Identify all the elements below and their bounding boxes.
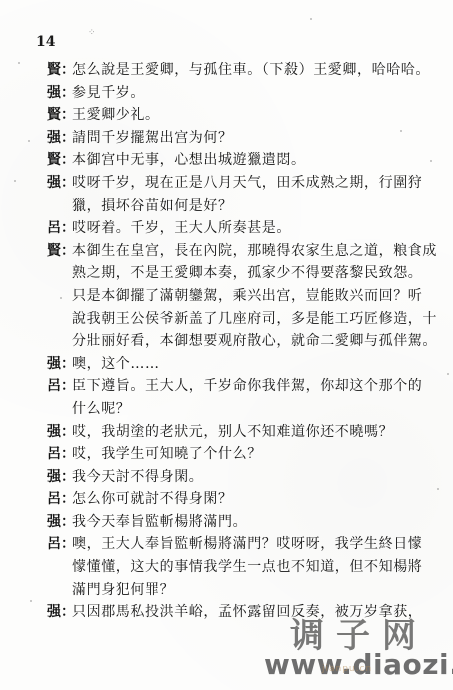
speech-text: 怎么你可就討不得身閑？ bbox=[72, 488, 437, 511]
speech-text: 請問千岁擺駕出宫为何？ bbox=[72, 127, 437, 150]
dialogue-line: 强： 参見千岁。 bbox=[47, 82, 437, 105]
speech-line: 本御生在皇宫，長在內院，那曉得农家生息之道，粮食成 bbox=[72, 240, 437, 263]
speech-text: 我今天討不得身閑。 bbox=[72, 466, 437, 489]
scan-speck bbox=[310, 18, 312, 20]
dialogue-line: 呂： 噢，王大人奉旨監斬楊將滿門？哎呀呀，我学生終日懞 懞懂懂，这大的事情我学生… bbox=[47, 533, 437, 601]
speech-line: 噢，王大人奉旨監斬楊將滿門？哎呀呀，我学生終日懞 bbox=[72, 533, 437, 556]
dialogue-line: 呂： 臣下遵旨。王大人，千岁命你我伴駕，你却这个那个的 什么呢？ bbox=[47, 375, 437, 420]
scan-speck bbox=[437, 488, 439, 490]
page-number: 14 bbox=[36, 34, 55, 50]
speaker-label: 强： bbox=[47, 353, 72, 376]
speech-line: 說我朝王公侯爷新盖了几座府司，多是能工巧匠修造，十 bbox=[72, 308, 437, 331]
scan-speck bbox=[447, 373, 449, 375]
speech-text: 哎呀千岁，現在正是八月天气，田禾成熟之期，行圍狩 獵，損坏谷苗如何是好？ bbox=[72, 172, 437, 217]
speech-text: 我今天奉旨監斬楊將滿門。 bbox=[72, 511, 437, 534]
speech-line: 熟之期，不是王愛卿本奏，孤家少不得要落黎民致怨。 bbox=[72, 262, 437, 285]
speaker-label: 賢： bbox=[47, 240, 72, 263]
dialogue-line: 賢： 怎么說是王愛卿，与孤住車。（下殺）王愛卿，哈哈哈。 bbox=[47, 59, 437, 82]
dialogue-line: 呂： 哎呀着。千岁，王大人所奏甚是。 bbox=[47, 217, 437, 240]
speech-line: 怎么說是王愛卿，与孤住車。（下殺）王愛卿，哈哈哈。 bbox=[72, 59, 437, 82]
speaker-label: 呂： bbox=[47, 533, 72, 556]
watermark-faint-text: jianpu.cn bbox=[322, 664, 372, 674]
dialogue-line: 强： 我今天奉旨監斬楊將滿門。 bbox=[47, 511, 437, 534]
speaker-label: 呂： bbox=[47, 217, 72, 240]
speech-line: 噢，这个…… bbox=[72, 353, 437, 376]
speech-line: 我今天奉旨監斬楊將滿門。 bbox=[72, 511, 437, 534]
speech-text: 臣下遵旨。王大人，千岁命你我伴駕，你却这个那个的 什么呢？ bbox=[72, 375, 437, 420]
speaker-label: 强： bbox=[47, 466, 72, 489]
scan-speck bbox=[400, 130, 402, 132]
dialogue-line: 强： 哎，我胡塗的老狀元，别人不知难道你还不曉嗎？ bbox=[47, 421, 437, 444]
speech-line: 参見千岁。 bbox=[72, 82, 437, 105]
dialogue-line: 强： 我今天討不得身閑。 bbox=[47, 466, 437, 489]
speech-text: 本御宫中无事，心想出城遊獵遣悶。 bbox=[72, 149, 437, 172]
speaker-label: 强： bbox=[47, 127, 72, 150]
watermark-url: www.diaozi.com bbox=[264, 648, 453, 681]
speech-line: 獵，損坏谷苗如何是好？ bbox=[72, 195, 437, 218]
dialogue-line: 强： 哎呀千岁，現在正是八月天气，田禾成熟之期，行圍狩 獵，損坏谷苗如何是好？ bbox=[47, 172, 437, 217]
scan-speck bbox=[430, 160, 432, 162]
speech-line: 本御宫中无事，心想出城遊獵遣悶。 bbox=[72, 149, 437, 172]
speech-text: 哎，我学生可知曉了个什么？ bbox=[72, 443, 437, 466]
speech-text: 怎么說是王愛卿，与孤住車。（下殺）王愛卿，哈哈哈。 bbox=[72, 59, 437, 82]
speech-line: 王愛卿少礼。 bbox=[72, 104, 437, 127]
speech-line: 哎，我学生可知曉了个什么？ bbox=[72, 443, 437, 466]
dialogue-line: 强： 請問千岁擺駕出宫为何？ bbox=[47, 127, 437, 150]
speech-text: 哎，我胡塗的老狀元，别人不知难道你还不曉嗎？ bbox=[72, 421, 437, 444]
speaker-label: 賢： bbox=[47, 104, 72, 127]
scan-smudge: ⁘ bbox=[88, 28, 118, 48]
speech-text: 哎呀着。千岁，王大人所奏甚是。 bbox=[72, 217, 437, 240]
speech-line: 哎，我胡塗的老狀元，别人不知难道你还不曉嗎？ bbox=[72, 421, 437, 444]
speech-line: 懞懂懂，这大的事情我学生一点也不知道，但不知楊將 bbox=[72, 556, 437, 579]
speech-text: 王愛卿少礼。 bbox=[72, 104, 437, 127]
speaker-label: 强： bbox=[47, 511, 72, 534]
speech-line: 只因郡馬私投洪羊峪，孟怀露留回反奏，被万岁拿获， bbox=[72, 601, 437, 624]
speech-line: 臣下遵旨。王大人，千岁命你我伴駕，你却这个那个的 bbox=[72, 375, 437, 398]
dialogue-line: 賢： 本御宫中无事，心想出城遊獵遣悶。 bbox=[47, 149, 437, 172]
speech-text: 本御生在皇宫，長在內院，那曉得农家生息之道，粮食成 熟之期，不是王愛卿本奏，孤家… bbox=[72, 240, 437, 353]
scan-speck bbox=[28, 140, 30, 142]
speech-line: 哎呀千岁，現在正是八月天气，田禾成熟之期，行圍狩 bbox=[72, 172, 437, 195]
speaker-label: 呂： bbox=[47, 375, 72, 398]
scan-speck bbox=[60, 297, 62, 299]
dialogue-line: 呂： 哎，我学生可知曉了个什么？ bbox=[47, 443, 437, 466]
dialogue-line: 强： 噢，这个…… bbox=[47, 353, 437, 376]
speech-text: 噢，王大人奉旨監斬楊將滿門？哎呀呀，我学生終日懞 懞懂懂，这大的事情我学生一点也… bbox=[72, 533, 437, 601]
speaker-label: 呂： bbox=[47, 443, 72, 466]
speech-line: 哎呀着。千岁，王大人所奏甚是。 bbox=[72, 217, 437, 240]
dialogue-line: 賢： 本御生在皇宫，長在內院，那曉得农家生息之道，粮食成 熟之期，不是王愛卿本奏… bbox=[47, 240, 437, 353]
speech-line: 怎么你可就討不得身閑？ bbox=[72, 488, 437, 511]
speech-line: 只是本御擺了滿朝鑾駕，乘兴出宫，豈能敗兴而回？听 bbox=[72, 285, 437, 308]
speaker-label: 强： bbox=[47, 421, 72, 444]
speaker-label: 賢： bbox=[47, 149, 72, 172]
speaker-label: 强： bbox=[47, 82, 72, 105]
scan-speck bbox=[18, 62, 20, 64]
speech-line: 分壯丽好看，本御想要观府散心，就命二愛卿与孤伴駕。 bbox=[72, 330, 437, 353]
scan-speck bbox=[14, 180, 16, 182]
speech-line: 什么呢？ bbox=[72, 398, 437, 421]
speech-line: 請問千岁擺駕出宫为何？ bbox=[72, 127, 437, 150]
dialogue-line: 强： 只因郡馬私投洪羊峪，孟怀露留回反奏，被万岁拿获， bbox=[47, 601, 437, 624]
scanned-page: 14 ⁘ 賢： 怎么說是王愛卿，与孤住車。（下殺）王愛卿，哈哈哈。 强： 参見千… bbox=[0, 0, 453, 690]
scan-speck bbox=[30, 600, 32, 602]
speaker-label: 賢： bbox=[47, 59, 72, 82]
speech-line: 我今天討不得身閑。 bbox=[72, 466, 437, 489]
speech-text: 噢，这个…… bbox=[72, 353, 437, 376]
speech-text: 参見千岁。 bbox=[72, 82, 437, 105]
speaker-label: 强： bbox=[47, 172, 72, 195]
script-body: 賢： 怎么說是王愛卿，与孤住車。（下殺）王愛卿，哈哈哈。 强： 参見千岁。 賢：… bbox=[47, 59, 437, 624]
speech-line: 滿門身犯何罪？ bbox=[72, 579, 437, 602]
speaker-label: 强： bbox=[47, 601, 72, 624]
dialogue-line: 賢： 王愛卿少礼。 bbox=[47, 104, 437, 127]
speaker-label: 呂： bbox=[47, 488, 72, 511]
dialogue-line: 呂： 怎么你可就討不得身閑？ bbox=[47, 488, 437, 511]
speech-text: 只因郡馬私投洪羊峪，孟怀露留回反奏，被万岁拿获， bbox=[72, 601, 437, 624]
